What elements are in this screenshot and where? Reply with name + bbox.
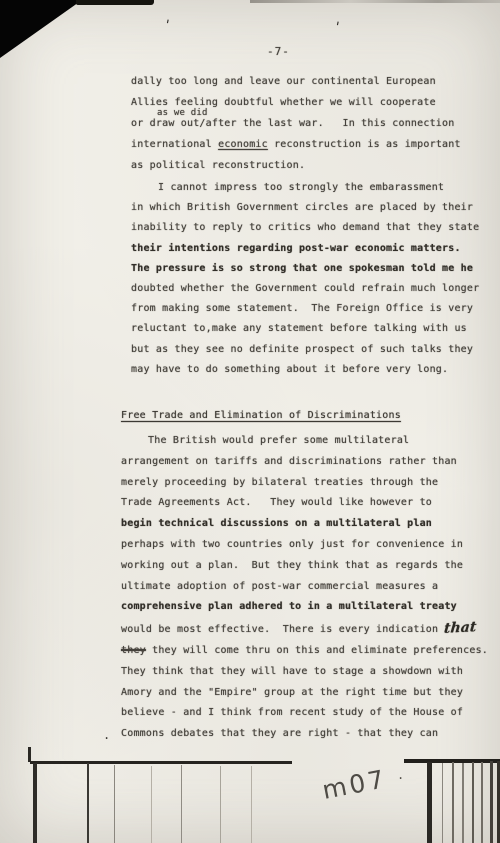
text-line: believe - and I think from recent study … <box>121 703 486 724</box>
text-line: They think that they will have to stage … <box>121 662 486 683</box>
text-line: but as they see no definite prospect of … <box>131 340 491 360</box>
text-line: perhaps with two countries only just for… <box>121 535 486 556</box>
text-line: arrangement on tariffs and discriminatio… <box>121 452 486 473</box>
scan-vertical-line <box>442 763 443 843</box>
text-line: begin technical discussions on a multila… <box>121 514 486 535</box>
text-line: from making some statement. The Foreign … <box>131 299 491 319</box>
scan-vertical-line <box>181 765 182 843</box>
scan-vertical-line <box>151 766 152 843</box>
text-line: reluctant to,make any statement before t… <box>131 319 491 339</box>
text-line: merely proceeding by bilateral treaties … <box>121 473 486 494</box>
text-line: inability to reply to critics who demand… <box>131 218 491 238</box>
scan-corner-fold <box>0 0 82 58</box>
text-line: doubted whether the Government could ref… <box>131 279 491 299</box>
text-line: as political reconstruction. <box>131 155 491 176</box>
scan-bottom-rule-left <box>30 761 292 764</box>
text-line: I cannot impress too strongly the embara… <box>131 178 491 198</box>
scan-vertical-line <box>33 763 37 843</box>
text-line: dally too long and leave our continental… <box>131 71 491 92</box>
scan-vertical-line <box>462 763 464 843</box>
scan-vertical-line <box>114 765 115 843</box>
handwritten-footer-mark: m07 <box>320 764 390 805</box>
text-line: The British would prefer some multilater… <box>121 431 486 452</box>
page-number: -7- <box>267 45 290 58</box>
text-segment: international <box>131 139 218 150</box>
text-line: may have to do something about it before… <box>131 360 491 380</box>
text-segment: reconstruction is as important <box>268 139 461 150</box>
scan-vertical-line <box>87 763 89 843</box>
text-line: in which British Government circles are … <box>131 198 491 218</box>
scan-vertical-line <box>452 762 454 843</box>
scan-vertical-line <box>220 766 221 843</box>
text-line: they they will come thru on this and eli… <box>121 641 486 662</box>
stray-ink-mark: ' <box>332 19 343 35</box>
text-segment: they will come thru on this and eliminat… <box>146 645 488 656</box>
text-line: international economic reconstruction is… <box>131 134 491 155</box>
paragraph-3: The British would prefer some multilater… <box>121 431 486 745</box>
text-line: would be most effective. There is every … <box>121 618 486 641</box>
scan-vertical-line <box>481 762 483 843</box>
scan-vertical-line <box>490 761 493 843</box>
scan-vertical-line <box>427 762 432 843</box>
underlined-word: economic <box>218 139 268 150</box>
paragraph-2: I cannot impress too strongly the embara… <box>131 178 491 380</box>
text-line: working out a plan. But they think that … <box>121 556 486 577</box>
stray-ink-mark: . <box>397 768 404 782</box>
text-line: ultimate adoption of post-war commercial… <box>121 577 486 598</box>
text-line: Commons debates that they are right - th… <box>121 724 486 745</box>
handwritten-word: that <box>443 617 477 639</box>
text-segment: would be most effective. There is every … <box>121 624 444 635</box>
paragraph-1: dally too long and leave our continental… <box>131 71 491 176</box>
scan-vertical-line <box>472 762 474 843</box>
scan-edge-tick <box>28 747 31 762</box>
struck-word: they <box>121 645 146 656</box>
text-line: The pressure is so strong that one spoke… <box>131 259 491 279</box>
text-line: their intentions regarding post-war econ… <box>131 239 491 259</box>
section-heading: Free Trade and Elimination of Discrimina… <box>121 410 401 421</box>
scan-vertical-line <box>251 766 252 843</box>
scan-top-edge-smudge-faint <box>250 0 500 3</box>
document-page: ' ' -7- dally too long and leave our con… <box>0 0 500 843</box>
scan-top-edge-smudge <box>76 0 154 5</box>
text-line: Trade Agreements Act. They would like ho… <box>121 493 486 514</box>
stray-ink-mark: ' <box>162 17 173 33</box>
text-line: comprehensive plan adhered to in a multi… <box>121 597 486 618</box>
interline-insertion: as we did <box>157 108 208 118</box>
stray-ink-mark: . <box>103 728 110 742</box>
text-line: Amory and the "Empire" group at the righ… <box>121 683 486 704</box>
